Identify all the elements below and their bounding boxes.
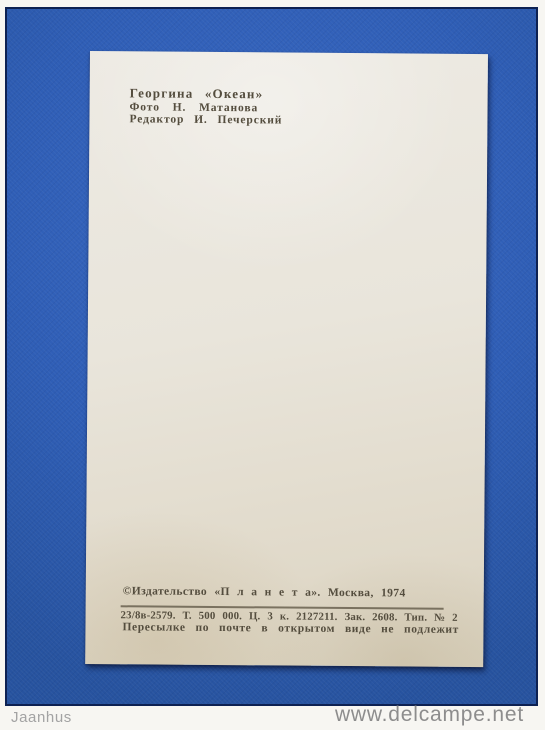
postcard-back: Георгина «Океан» Фото Н. Матанова Редакт… bbox=[85, 51, 488, 667]
editor-credit: Редактор И. Печерский bbox=[129, 113, 282, 126]
publisher-line: ©Издательство «П л а н е т а». Москва, 1… bbox=[123, 585, 406, 599]
postcard-title: Георгина «Океан» bbox=[130, 85, 264, 102]
mailing-note: Пересылке по почте в открытом виде не по… bbox=[122, 621, 459, 636]
page-background: Георгина «Океан» Фото Н. Матанова Редакт… bbox=[0, 0, 545, 730]
seller-watermark: Jaanhus bbox=[11, 709, 72, 726]
site-watermark: www.delcampe.net bbox=[335, 703, 524, 727]
